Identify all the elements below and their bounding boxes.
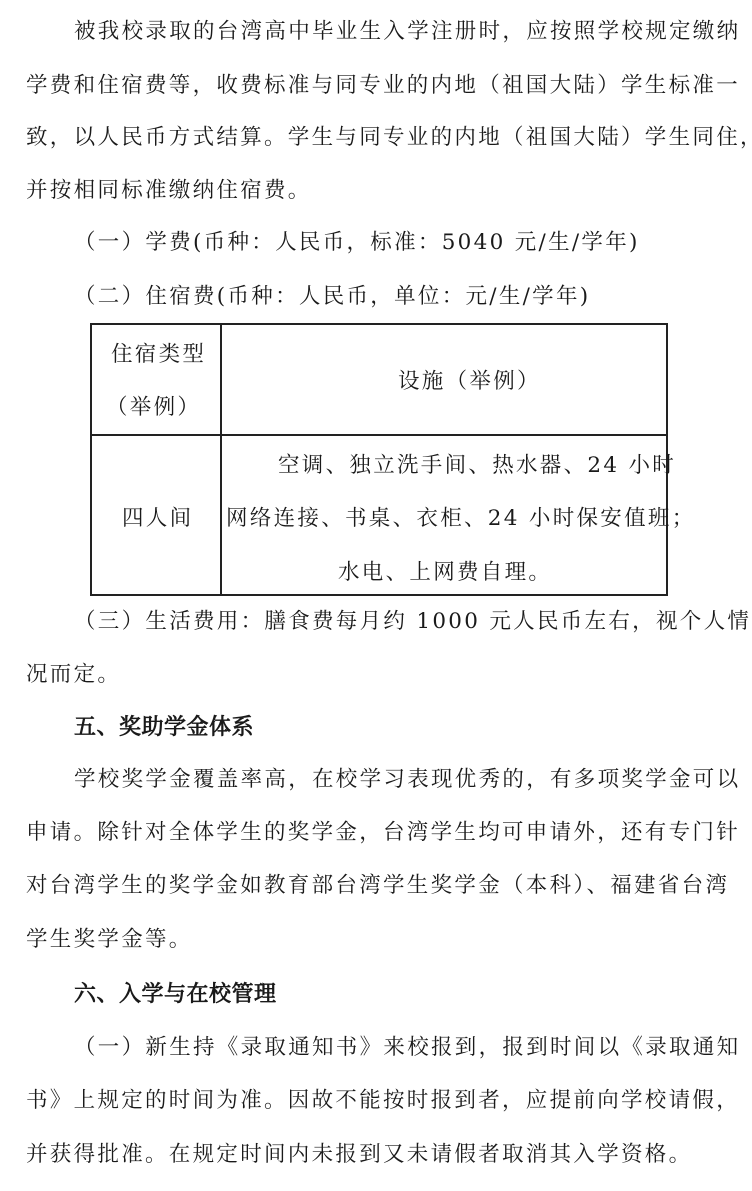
header-type-line-2: （举例） [106,393,201,423]
section-6-line-3: 并获得批准。在规定时间内未报到又未请假者取消其入学资格。 [26,1140,732,1170]
header-facilities: 设施（举例） [398,367,541,397]
living-expenses-line-1: （三）生活费用：膳食费每月约 1000 元人民币左右，视个人情 [74,607,732,637]
row-facilities-line-2: 网络连接、书桌、衣柜、24 小时保安值班； [226,504,696,534]
section-6-line-2: 书》上规定的时间为准。因故不能按时报到者，应提前向学校请假， [26,1086,732,1116]
row-type: 四人间 [122,504,193,534]
row-facilities-line-1: 空调、独立洗手间、热水器、24 小时 [278,451,676,481]
tuition-line: （一）学费(币种：人民币，标准：5040 元/生/学年) [74,228,732,258]
paragraph-fees-line-1: 被我校录取的台湾高中毕业生入学注册时，应按照学校规定缴纳 [74,17,732,47]
living-expenses-line-2: 况而定。 [26,660,732,690]
section-5-line-1: 学校奖学金覆盖率高，在校学习表现优秀的，有多项奖学金可以 [74,765,732,795]
accommodation-table: 住宿类型 （举例） 设施（举例） 四人间 空调、独立洗手间、热水器、24 小时 … [90,323,668,596]
header-type-line-1: 住宿类型 [111,340,206,370]
section-6-line-1: （一）新生持《录取通知书》来校报到，报到时间以《录取通知 [74,1033,732,1063]
table-row: 四人间 空调、独立洗手间、热水器、24 小时 网络连接、书桌、衣柜、24 小时保… [92,436,666,594]
accommodation-line: （二）住宿费(币种：人民币，单位：元/生/学年) [74,282,732,312]
table-column-divider [220,325,222,594]
row-facilities-line-3: 水电、上网费自理。 [338,558,552,588]
paragraph-fees-line-3: 致，以人民币方式结算。学生与同专业的内地（祖国大陆）学生同住， [26,123,732,153]
table-header-row: 住宿类型 （举例） 设施（举例） [92,325,666,436]
section-5-line-3: 对台湾学生的奖学金如教育部台湾学生奖学金（本科）、福建省台湾 [26,871,732,901]
section-5-line-2: 申请。除针对全体学生的奖学金，台湾学生均可申请外，还有专门针 [26,818,732,848]
section-5-line-4: 学生奖学金等。 [26,925,732,955]
section-5-heading: 五、奖助学金体系 [74,713,254,743]
paragraph-fees-line-2: 学费和住宿费等，收费标准与同专业的内地（祖国大陆）学生标准一 [26,71,732,101]
paragraph-fees-line-4: 并按相同标准缴纳住宿费。 [26,176,732,206]
section-6-heading: 六、入学与在校管理 [74,980,277,1010]
